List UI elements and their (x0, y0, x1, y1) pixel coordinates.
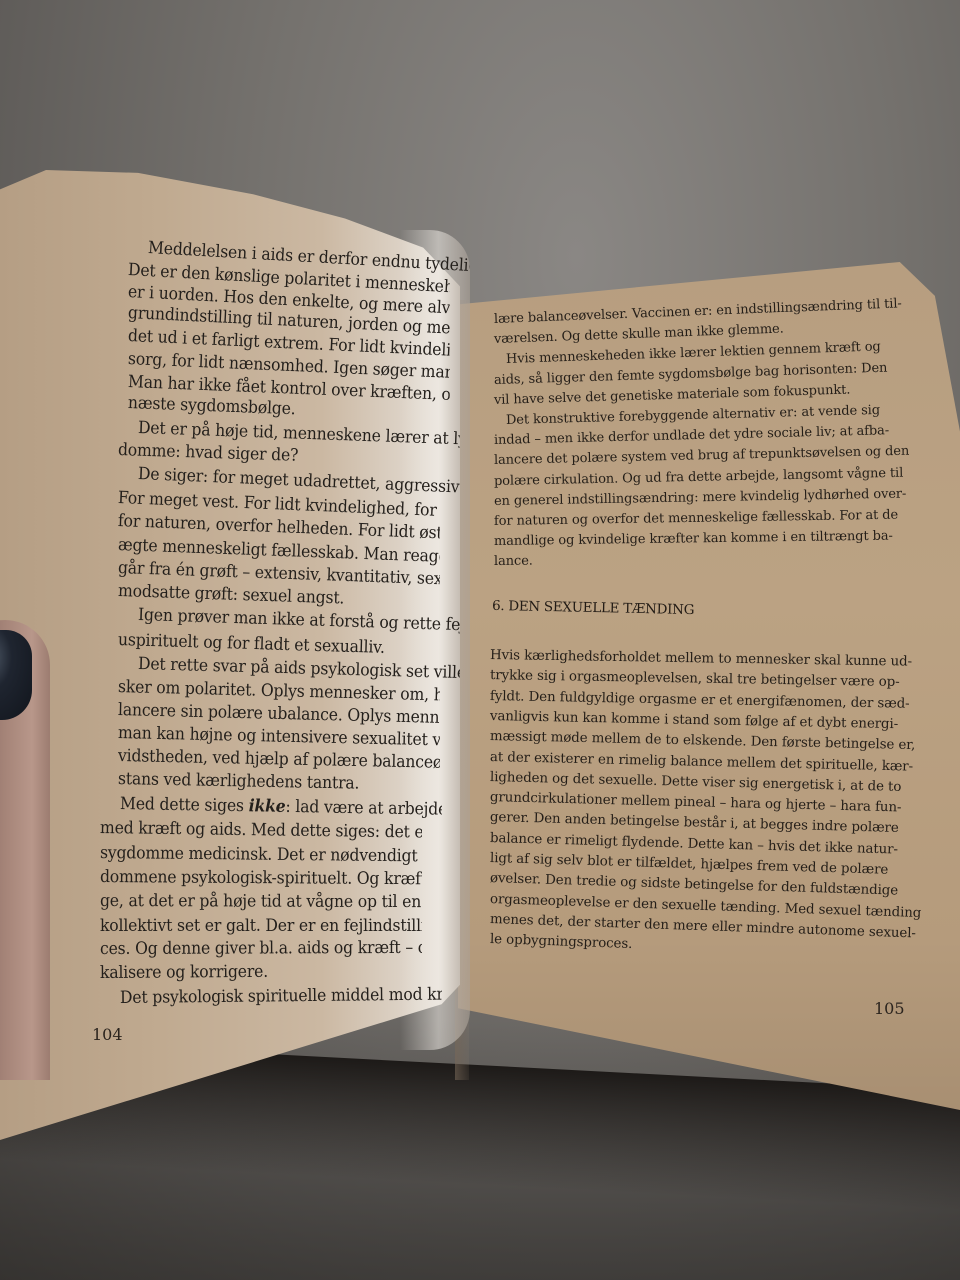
right-text-line: lance. (494, 554, 533, 569)
left-text-line: Det psykologisk spirituelle middel mod k… (120, 985, 442, 1008)
left-text-line: ces. Og denne giver bl.a. aids og kræft … (100, 938, 422, 959)
left-text-line: kalisere og korrigere. (100, 961, 422, 983)
emphasis-word: ikke (248, 796, 285, 817)
left-text-line: kollektivt set er galt. Der er en fejlin… (100, 916, 422, 936)
left-text-line: sygdomme medicinsk. Det er nødvendigt og… (100, 843, 422, 866)
left-text-line: ge, at det er på høje tid at vågne op ti… (100, 891, 422, 912)
page-number-left: 104 (92, 1025, 123, 1044)
left-text-line: dommene psykologisk-spirituelt. Og kræft… (100, 867, 422, 889)
page-number-right: 105 (874, 999, 905, 1018)
